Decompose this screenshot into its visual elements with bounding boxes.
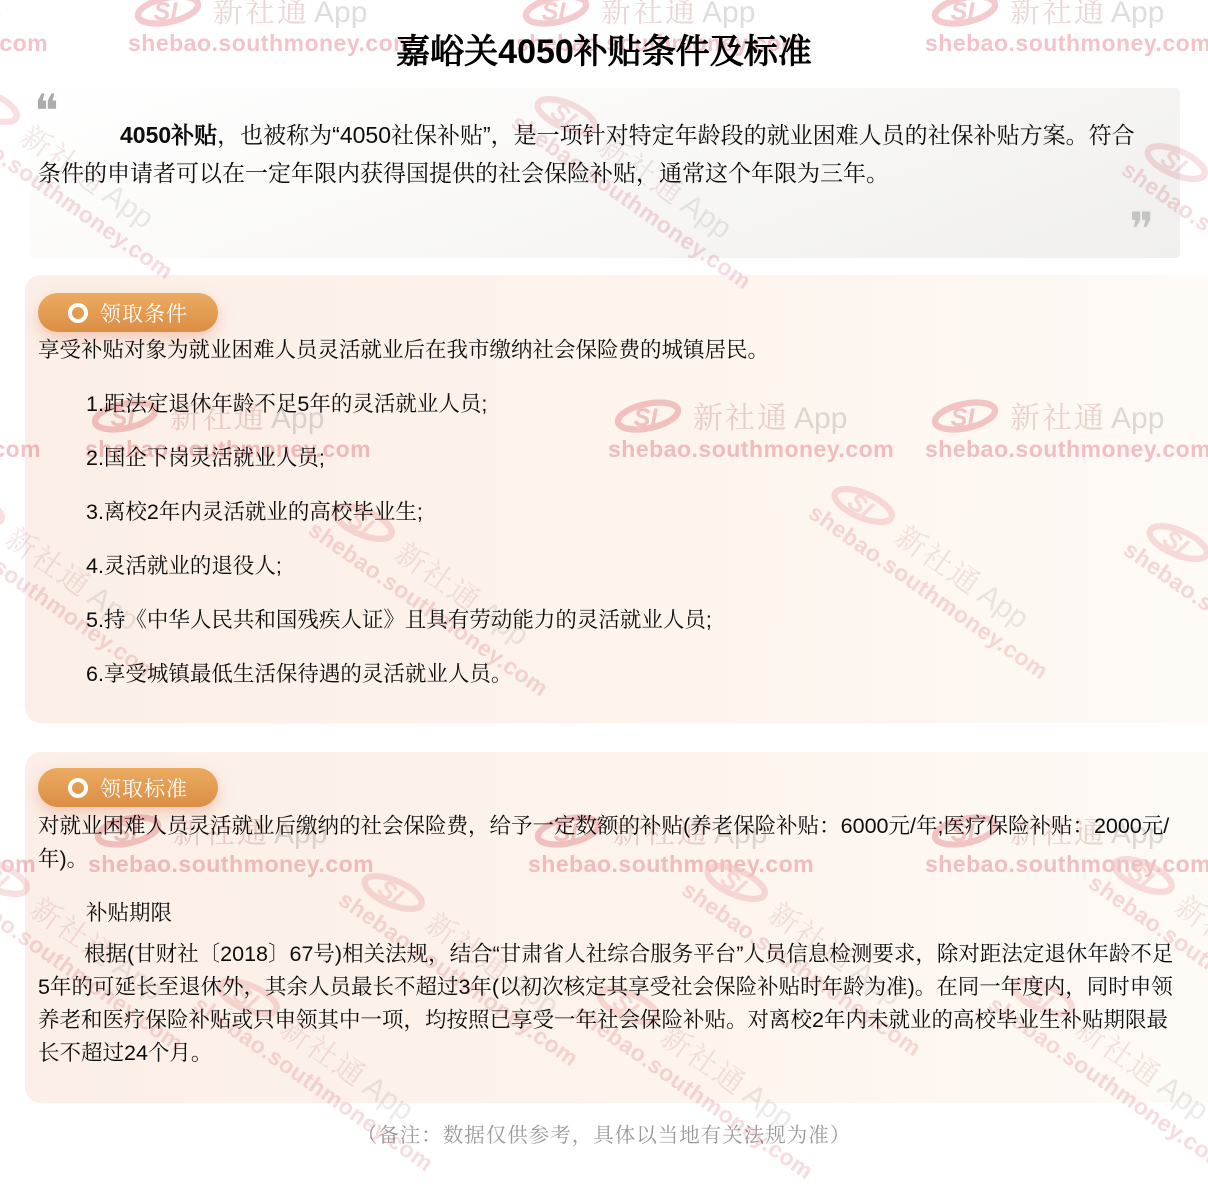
- list-item: 4.灵活就业的退役人;: [86, 537, 712, 591]
- intro-text-bold: 4050补贴: [120, 122, 217, 148]
- list-item: 1.距法定退休年龄不足5年的灵活就业人员;: [86, 375, 712, 429]
- xinshetong-logo-icon: SL: [0, 68, 31, 143]
- standards-badge-label: 领取标准: [100, 773, 188, 803]
- intro-text: 4050补贴，也被称为“4050社保补贴”，是一项针对特定年龄段的就业困难人员的…: [38, 116, 1136, 192]
- standards-lead: 对就业困难人员灵活就业后缴纳的社会保险费，给予一定数额的补贴(养老保险补贴：60…: [38, 810, 1178, 876]
- ring-icon: [68, 778, 88, 798]
- svg-text:SL: SL: [951, 0, 983, 26]
- svg-text:SL: SL: [542, 0, 574, 26]
- standards-subheading: 补贴期限: [38, 896, 172, 927]
- standards-paragraph: 根据(甘财社〔2018〕67号)相关法规，结合“甘肃省人社综合服务平台”人员信息…: [38, 938, 1178, 1070]
- standards-badge: 领取标准: [38, 768, 218, 807]
- conditions-lead: 享受补贴对象为就业困难人员灵活就业后在我市缴纳社会保险费的城镇居民。: [38, 333, 1168, 364]
- conditions-badge-label: 领取条件: [100, 298, 188, 328]
- conditions-badge: 领取条件: [38, 293, 218, 332]
- watermark-brand-cn: 新社通: [1203, 179, 1208, 259]
- section-conditions: 领取条件 享受补贴对象为就业困难人员灵活就业后在我市缴纳社会保险费的城镇居民。 …: [25, 275, 1208, 723]
- xinshetong-logo-icon: SL: [0, 470, 16, 545]
- article-page: SL 新社通App shebao.southmoney.com SL 新社通Ap…: [0, 0, 1208, 1186]
- svg-text:SL: SL: [0, 87, 10, 128]
- intro-quote-card: ❝ 4050补贴，也被称为“4050社保补贴”，是一项针对特定年龄段的就业困难人…: [30, 88, 1180, 258]
- list-item: 3.离校2年内灵活就业的高校毕业生;: [86, 483, 712, 537]
- list-item: 6.享受城镇最低生活保待遇的灵活就业人员。: [86, 645, 712, 699]
- section-standards: 领取标准 对就业困难人员灵活就业后缴纳的社会保险费，给予一定数额的补贴(养老保险…: [25, 752, 1208, 1103]
- svg-text:SL: SL: [154, 0, 186, 26]
- svg-text:SL: SL: [0, 859, 20, 900]
- close-quote-icon: ❞: [1129, 206, 1154, 252]
- list-item: 2.国企下岗灵活就业人员;: [86, 429, 712, 483]
- page-title: 嘉峪关4050补贴条件及标准: [0, 24, 1208, 73]
- ring-icon: [68, 303, 88, 323]
- conditions-list: 1.距法定退休年龄不足5年的灵活就业人员; 2.国企下岗灵活就业人员; 3.离校…: [38, 375, 712, 699]
- footer-note: （备注：数据仅供参考，具体以当地有关法规为准）: [0, 1118, 1208, 1148]
- list-item: 5.持《中华人民共和国残疾人证》且具有劳动能力的灵活就业人员;: [86, 591, 712, 645]
